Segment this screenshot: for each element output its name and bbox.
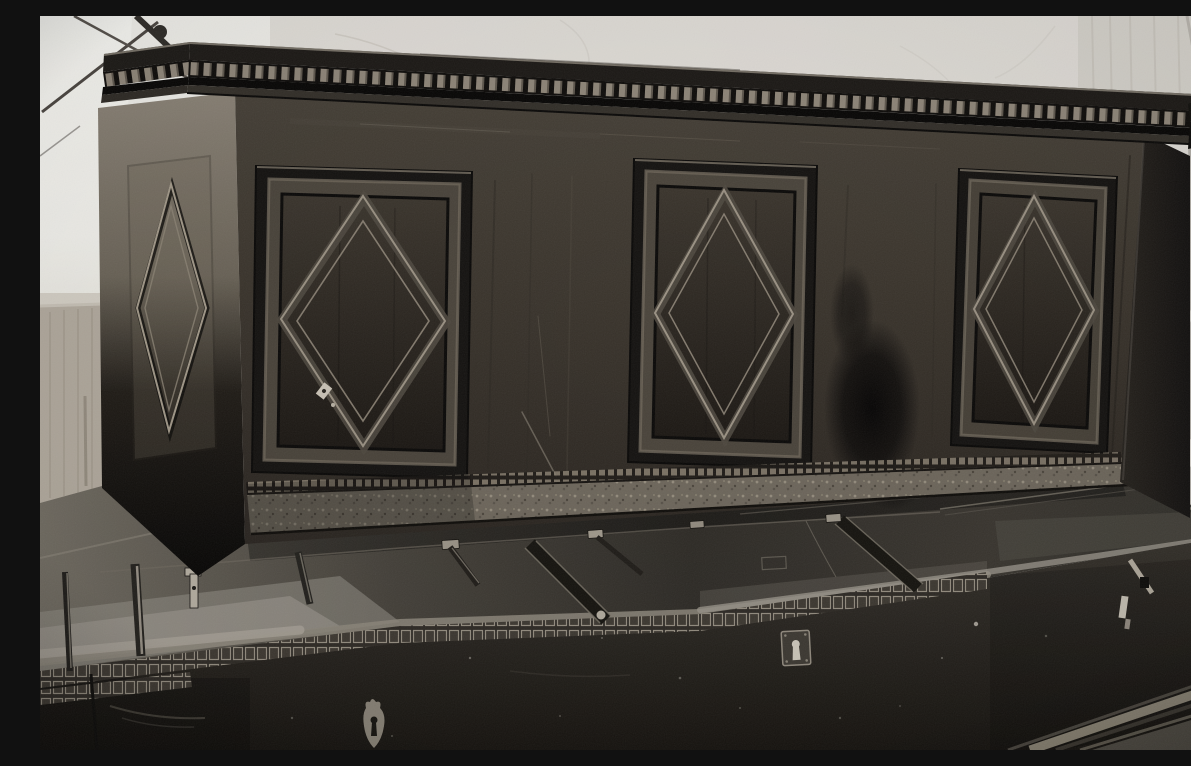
film-grain-overlay: [40, 16, 1191, 750]
photograph: [40, 16, 1191, 750]
chest-photograph-canvas: [40, 16, 1191, 750]
